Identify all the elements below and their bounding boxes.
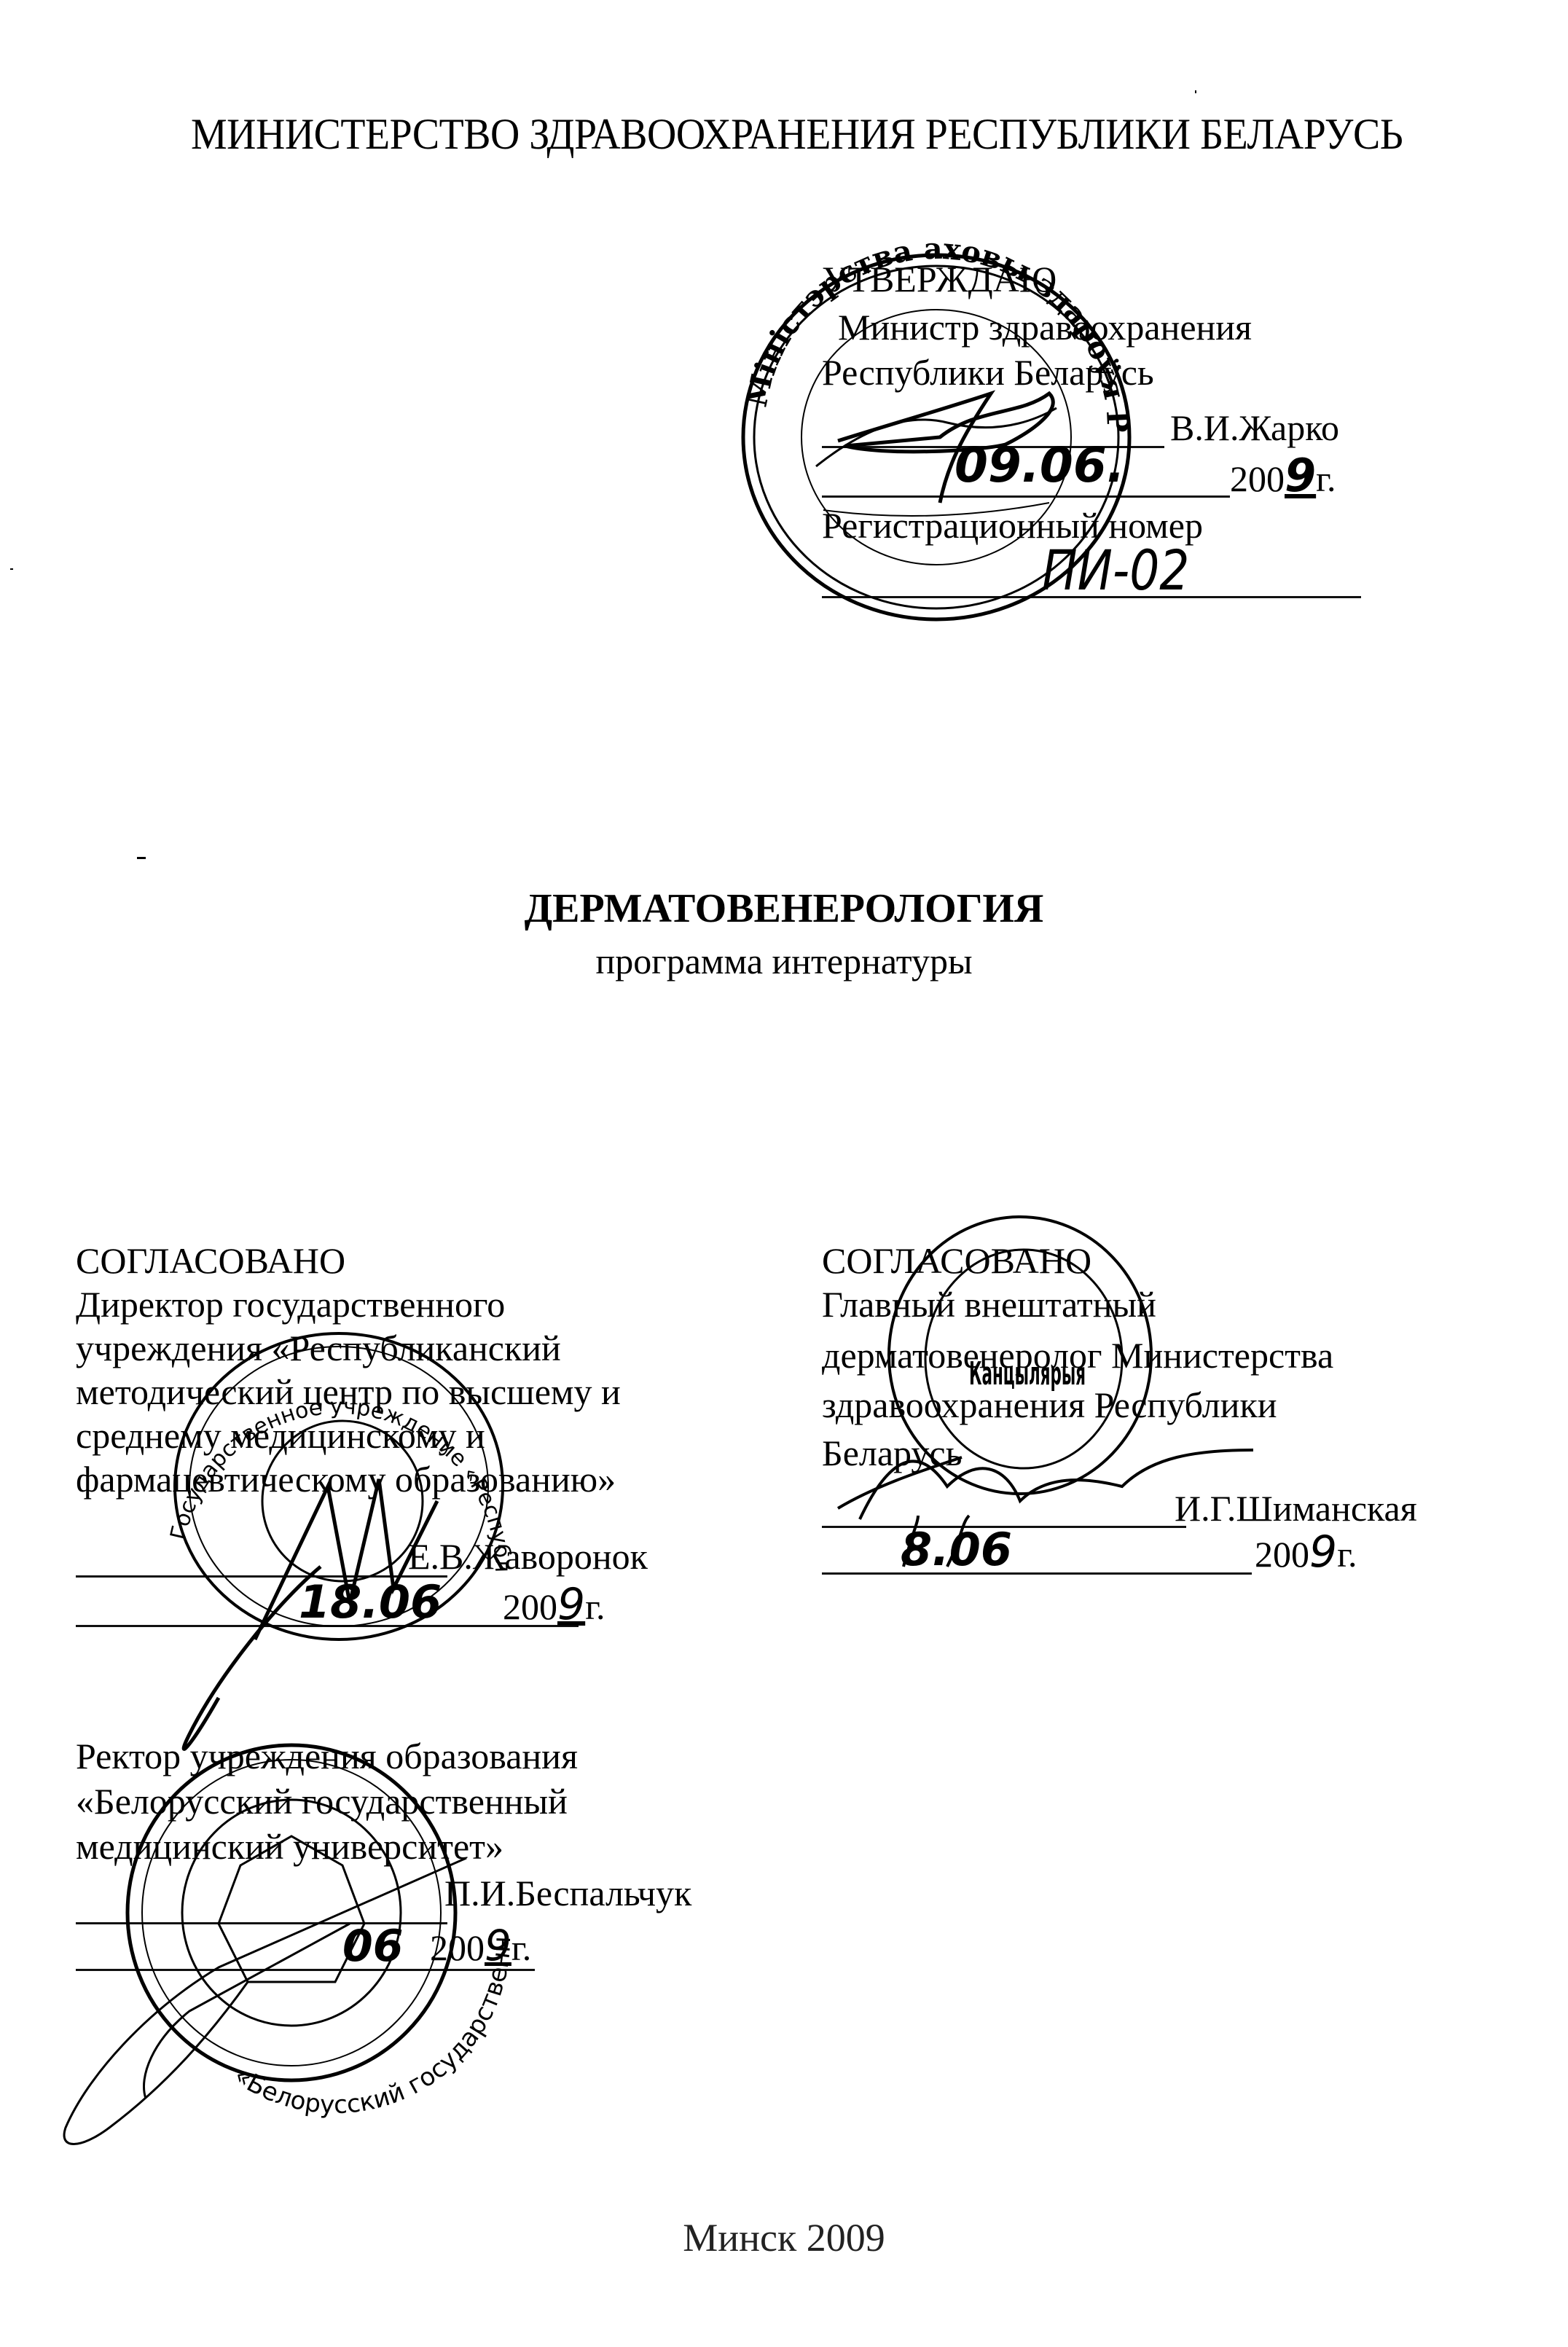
agreement-rector-year-printed: 200 <box>430 1927 485 1968</box>
approval-name: В.И.Жарко <box>1170 405 1339 450</box>
scan-speck <box>1195 90 1196 93</box>
agreement-rector-line-2: «Белорусский государственный <box>76 1779 568 1823</box>
agreement-right-date-handwritten: 8.06 <box>901 1523 1012 1576</box>
agreement-rector-line-1: Ректор учреждения образования <box>76 1734 578 1778</box>
agreement-right-year-printed: 200 <box>1255 1534 1309 1575</box>
agreement-right-name: И.Г.Шиманская <box>1175 1486 1417 1530</box>
agreement-left-year-suffix: г. <box>585 1586 605 1627</box>
approval-date-handwritten: 09.06. <box>954 437 1125 493</box>
registration-line <box>822 596 1361 598</box>
agreement-right-date-line <box>822 1572 1252 1575</box>
agreement-right-line-2: дерматовенеролог Министерства <box>822 1333 1333 1377</box>
agreement-rector-date-handwritten: 06 <box>342 1921 404 1972</box>
agreement-right-line-1: Главный внештатный <box>822 1282 1156 1326</box>
approval-position-line1: Министр здравоохранения <box>838 305 1252 350</box>
agreement-left-name: Е.В.Жаворонок <box>408 1535 648 1578</box>
scan-speck <box>137 857 146 859</box>
agreement-left-date-handwritten: 18.06 <box>299 1575 442 1629</box>
agreement-left-line-3: методический центр по высшему и <box>76 1370 621 1414</box>
approval-date-line <box>822 495 1230 498</box>
agreement-left-year-printed: 200 <box>503 1586 557 1627</box>
agreement-right-year-handwritten: 9 <box>1309 1527 1337 1578</box>
agreement-rector-line-3: медицинский университет» <box>76 1825 503 1868</box>
document-title: ДЕРМАТОВЕНЕРОЛОГИЯ <box>0 885 1568 932</box>
agreement-right-heading: СОГЛАСОВАНО <box>822 1239 1091 1282</box>
agreement-right-line-4: Беларусь <box>822 1431 962 1475</box>
ministry-header: МИНИСТЕРСТВО ЗДРАВООХРАНЕНИЯ РЕСПУБЛИКИ … <box>191 109 1403 160</box>
approval-position-line2: Республики Беларусь <box>822 350 1154 395</box>
agreement-left-line-1: Директор государственного <box>76 1282 505 1326</box>
registration-number-handwritten: ПИ-02 <box>1042 538 1189 603</box>
agreement-left-line-2: учреждения «Республиканский <box>76 1326 561 1370</box>
stamps-signatures-overlay: Міністэрства аховы здароўя Рэспублікі Бе… <box>0 0 1568 2347</box>
agreement-right-line-3: здравоохранения Республики <box>822 1383 1277 1427</box>
agreement-left-heading: СОГЛАСОВАНО <box>76 1239 345 1282</box>
approval-year-printed: 200 <box>1230 458 1285 499</box>
document-subtitle: программа интернатуры <box>0 940 1568 982</box>
footer-city-year: Минск 2009 <box>0 2215 1568 2260</box>
approval-year-handwritten: 9 <box>1285 449 1316 502</box>
agreement-left-year-handwritten: 9 <box>557 1579 585 1630</box>
approval-heading: УТВЕРЖДАЮ <box>822 256 1057 302</box>
agreement-rector-year-suffix: г. <box>511 1927 531 1968</box>
agreement-right-year-suffix: г. <box>1337 1534 1357 1575</box>
agreement-left-line-4: среднему медицинскому и <box>76 1414 485 1457</box>
agreement-left-line-5: фармацевтическому образованию» <box>76 1457 616 1501</box>
scan-speck <box>10 568 13 570</box>
agreement-rector-year-handwritten: 9 <box>485 1921 511 1970</box>
agreement-rector-name: П.И.Беспальчук <box>444 1871 691 1915</box>
approval-year-suffix: г. <box>1316 458 1336 499</box>
